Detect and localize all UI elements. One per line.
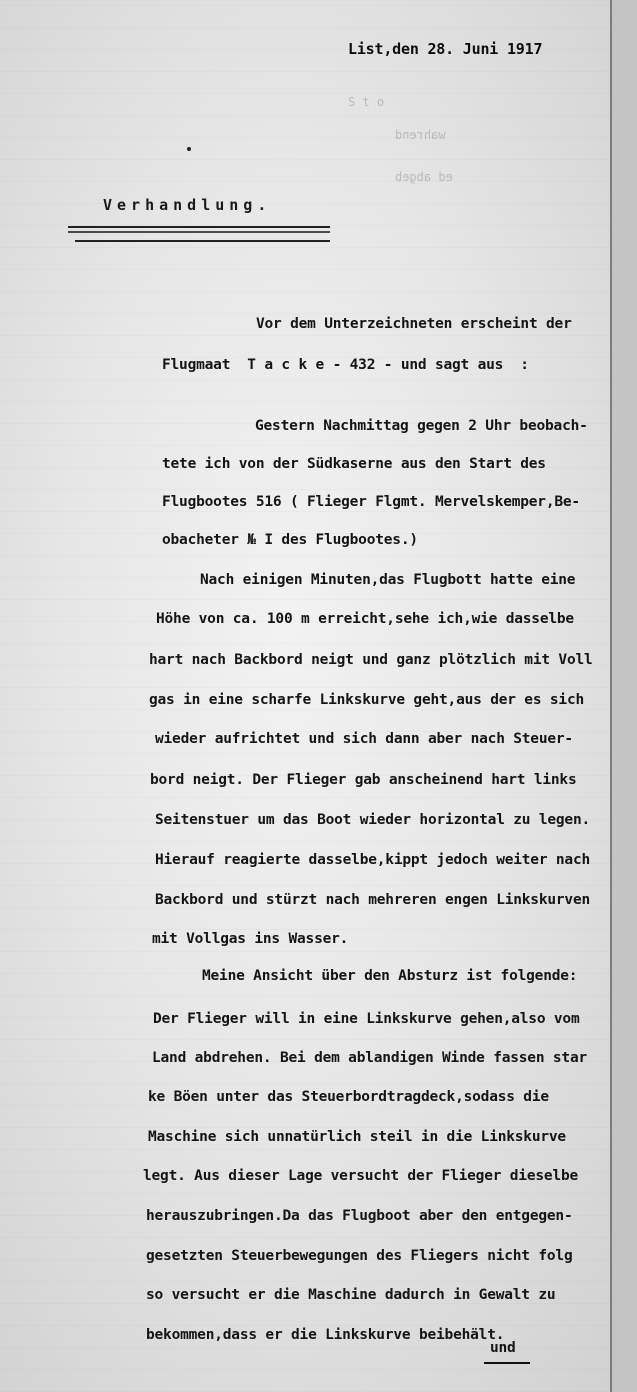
body-line: so versucht er die Maschine dadurch in G…	[146, 1287, 555, 1303]
body-line: Vor dem Unterzeichneten erscheint der	[256, 316, 572, 332]
body-line: Hierauf reagierte dasselbe,kippt jedoch …	[155, 852, 590, 868]
body-line: Maschine sich unnatürlich steil in die L…	[148, 1129, 566, 1145]
body-line: herauszubringen.Da das Flugboot aber den…	[146, 1208, 573, 1224]
body-line: gesetzten Steuerbewegungen des Fliegers …	[146, 1248, 573, 1264]
catchword: und	[490, 1340, 516, 1356]
body-line: Höhe von ca. 100 m erreicht,sehe ich,wie…	[156, 611, 574, 627]
body-line: hart nach Backbord neigt und ganz plötzl…	[149, 652, 593, 668]
body-line: Flugmaat T a c k e - 432 - und sagt aus …	[162, 357, 529, 373]
body-line: Flugbootes 516 ( Flieger Flgmt. Mervelsk…	[162, 494, 580, 510]
document-title: Verhandlung.	[103, 196, 271, 214]
body-line: Meine Ansicht über den Absturz ist folge…	[202, 968, 577, 984]
ink-dot	[187, 147, 191, 151]
body-line: Land abdrehen. Bei dem ablandigen Winde …	[152, 1050, 587, 1066]
bleed-through-text: wahrend	[395, 128, 446, 142]
body-line: wieder aufrichtet und sich dann aber nac…	[155, 731, 573, 747]
title-underline	[75, 240, 330, 242]
body-line: obacheter № I des Flugbootes.)	[162, 532, 418, 548]
title-underline	[68, 226, 330, 228]
adjacent-page-strip	[612, 0, 637, 1392]
body-line: ke Böen unter das Steuerbordtragdeck,sod…	[148, 1089, 549, 1105]
body-line: Gestern Nachmittag gegen 2 Uhr beobach-	[255, 418, 588, 434]
body-line: Der Flieger will in eine Linkskurve gehe…	[153, 1011, 580, 1027]
body-line: bord neigt. Der Flieger gab anscheinend …	[150, 772, 577, 788]
body-line: mit Vollgas ins Wasser.	[152, 931, 348, 947]
body-line: Nach einigen Minuten,das Flugbott hatte …	[200, 572, 575, 588]
title-underline	[68, 231, 330, 233]
catchword-underline	[484, 1362, 530, 1364]
document-date: List,den 28. Juni 1917	[348, 40, 542, 58]
body-line: gas in eine scharfe Linkskurve geht,aus …	[149, 692, 584, 708]
body-line: bekommen,dass er die Linkskurve beibehäl…	[146, 1327, 504, 1343]
bleed-through-text: ed abgeb	[395, 170, 453, 184]
body-line: Seitenstuer um das Boot wieder horizonta…	[155, 812, 590, 828]
body-line: legt. Aus dieser Lage versucht der Flieg…	[143, 1168, 578, 1184]
bleed-through-text: S t o	[348, 95, 384, 109]
body-line: tete ich von der Südkaserne aus den Star…	[162, 456, 546, 472]
body-line: Backbord und stürzt nach mehreren engen …	[155, 892, 590, 908]
document-page: S t o wahrend ed abgeb List,den 28. Juni…	[0, 0, 637, 1392]
